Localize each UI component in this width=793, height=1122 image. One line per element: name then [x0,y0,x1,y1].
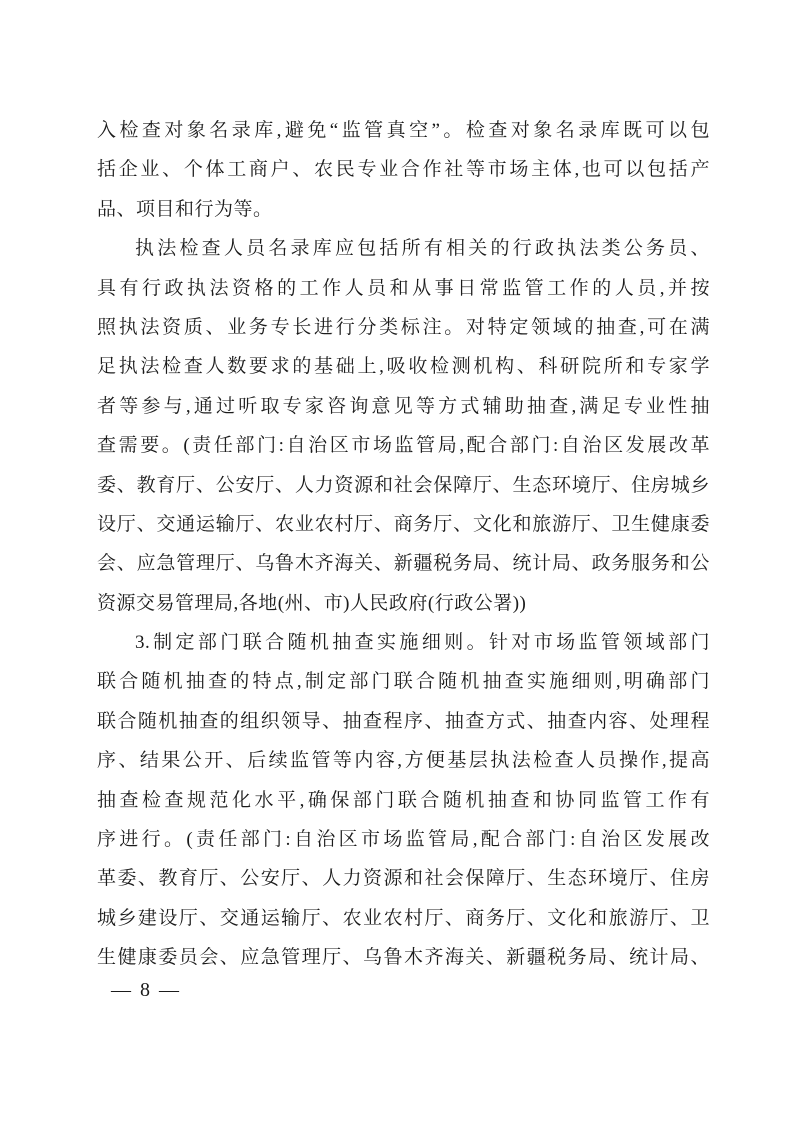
text-line: 资源交易管理局,各地(州、市)人民政府(行政公署)) [97,584,710,623]
text-line: 联合随机抽查的组织领导、抽查程序、抽查方式、抽查内容、处理程 [97,702,710,741]
text-line: 城乡建设厅、交通运输厅、农业农村厅、商务厅、文化和旅游厅、卫 [97,899,710,938]
text-line: 照执法资质、业务专长进行分类标注。对特定领域的抽查,可在满 [97,308,710,347]
text-line: 革委、教育厅、公安厅、人力资源和社会保障厅、生态环境厅、住房 [97,859,710,898]
text-line: 委、教育厅、公安厅、人力资源和社会保障厅、生态环境厅、住房城乡建 [97,466,710,505]
text-line: 联合随机抽查的特点,制定部门联合随机抽查实施细则,明确部门 [97,662,710,701]
text-line: 品、项目和行为等。 [97,190,710,229]
text-line: 足执法检查人数要求的基础上,吸收检测机构、科研院所和专家学 [97,347,710,386]
text-line: 执法检查人员名录库应包括所有相关的行政执法类公务员、 [97,229,710,268]
document-page: 入检查对象名录库,避免“监管真空”。检查对象名录库既可以包 括企业、个体工商户、… [0,0,793,1122]
text-line: 会、应急管理厅、乌鲁木齐海关、新疆税务局、统计局、政务服务和公共 [97,544,710,583]
text-line: 查需要。(责任部门:自治区市场监管局,配合部门:自治区发展改革 [97,426,710,465]
page-number-footer: — 8 — [111,977,181,1003]
text-line: 具有行政执法资格的工作人员和从事日常监管工作的人员,并按 [97,269,710,308]
text-line: 者等参与,通过听取专家咨询意见等方式辅助抽查,满足专业性抽 [97,387,710,426]
document-body: 入检查对象名录库,避免“监管真空”。检查对象名录库既可以包 括企业、个体工商户、… [97,111,710,978]
text-line: 括企业、个体工商户、农民专业合作社等市场主体,也可以包括产 [97,150,710,189]
text-line: 设厅、交通运输厅、农业农村厅、商务厅、文化和旅游厅、卫生健康委员 [97,505,710,544]
text-line: 序、结果公开、后续监管等内容,方便基层执法检查人员操作,提高 [97,741,710,780]
text-line: 抽查检查规范化水平,确保部门联合随机抽查和协同监管工作有 [97,781,710,820]
text-line: 3.制定部门联合随机抽查实施细则。针对市场监管领域部门 [97,623,710,662]
text-line: 序进行。(责任部门:自治区市场监管局,配合部门:自治区发展改 [97,820,710,859]
text-line: 入检查对象名录库,避免“监管真空”。检查对象名录库既可以包 [97,111,710,150]
text-line: 生健康委员会、应急管理厅、乌鲁木齐海关、新疆税务局、统计局、 [97,938,710,977]
